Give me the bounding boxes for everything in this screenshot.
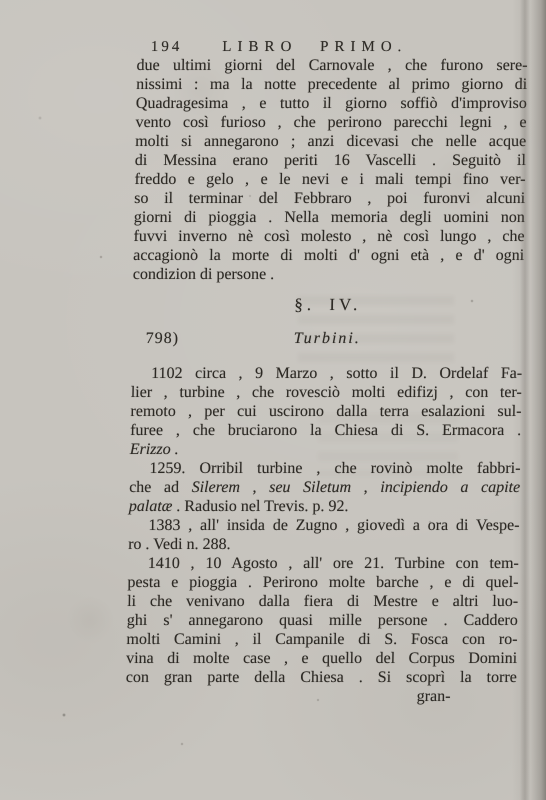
text-line: di Messina erano periti 16 Vascelli . Se… (135, 151, 526, 170)
italic-segment: incipiendo a capite (380, 479, 520, 496)
roman-segment: . Radusio nel Trevis. p. 92. (172, 498, 348, 515)
text-line: vina di molte case , e quello del Corpus… (126, 649, 517, 668)
text-line: Quadragesima , e tutto il giorno soffiò … (136, 94, 527, 113)
text-line: molti si annegarono ; anzi dicevasi che … (135, 132, 526, 151)
text-line: ghi s' annegarono quasi mille persone . … (127, 611, 518, 630)
page-number: 194 (151, 39, 183, 55)
roman-segment: , (240, 479, 270, 496)
book-page-scan: 194LIBRO PRIMO. due ultimi giorni del Ca… (0, 0, 546, 800)
text-line: lier , turbine , che rovesciò molti edif… (131, 383, 522, 402)
text-line: remoto , per cui uscirono dalla terra es… (130, 402, 521, 421)
paragraph-4: 1383 , all' insida de Zugno , giovedì a … (128, 516, 520, 554)
text-line: che ad Silerem , seu Siletum , incipiend… (129, 478, 520, 497)
section-mark: §. IV. (132, 295, 523, 315)
text-line: fuvvi inverno nè così molesto , nè così … (133, 227, 524, 246)
running-header: 194LIBRO PRIMO. (137, 38, 528, 56)
section-title: Turbini. (294, 330, 361, 347)
text-line: 1410 , 10 Agosto , all' ore 21. Turbine … (128, 554, 519, 573)
text-line: molti Camini , il Campanile di S. Fosca … (126, 630, 517, 649)
text-line: so il terminar del Febbraro , poi furonv… (134, 189, 525, 208)
text-line: li che venivano dalla fiera di Mestre e … (127, 592, 518, 611)
author-signature: Erizzo . (130, 440, 521, 459)
text-block: 194LIBRO PRIMO. due ultimi giorni del Ca… (125, 38, 528, 706)
text-line: freddo e gelo , e le nevi e i mali tempi… (134, 170, 525, 189)
roman-segment: , (351, 479, 381, 496)
roman-segment: che ad (129, 479, 192, 496)
italic-segment: palatæ (129, 498, 173, 515)
text-line: accagionò la morte di molti d' ogni età … (133, 246, 524, 265)
text-line: pesta e pioggia . Perirono molte barche … (127, 573, 518, 592)
italic-segment: Silerem (192, 479, 241, 496)
text-line: 1383 , all' insida de Zugno , giovedì a … (128, 516, 519, 535)
section-heading-row: 798) Turbini. (132, 329, 523, 348)
text-line: palatæ . Radusio nel Trevis. p. 92. (129, 497, 520, 516)
catchword-row: gran- (125, 687, 516, 706)
text-line: condizion di persone . (133, 265, 524, 284)
paragraph-1: due ultimi giorni del Carnovale , che fu… (133, 56, 528, 284)
catchword: gran- (417, 688, 451, 705)
text-line: ro . Vedi n. 288. (128, 535, 519, 554)
text-line: con gran parte della Chiesa . Si scoprì … (126, 668, 517, 687)
italic-segment: seu Siletum (269, 479, 351, 496)
paragraph-5: 1410 , 10 Agosto , all' ore 21. Turbine … (126, 554, 519, 687)
entry-number: 798) (146, 329, 180, 348)
paragraph-3: 1259. Orribil turbine , che rovinò molte… (129, 459, 521, 516)
text-line: nissimi : ma la notte precedente al prim… (136, 75, 527, 94)
running-title: LIBRO PRIMO. (222, 39, 407, 55)
text-line: due ultimi giorni del Carnovale , che fu… (136, 56, 527, 75)
text-line: vento così furioso , che perirono parecc… (135, 113, 526, 132)
text-line: 1102 circa , 9 Marzo , sotto il D. Ordel… (131, 364, 522, 383)
text-line: furee , che bruciarono la Chiesa di S. E… (130, 421, 521, 440)
text-line: giorni di pioggia . Nella memoria degli … (134, 208, 525, 227)
text-line: 1259. Orribil turbine , che rovinò molte… (129, 459, 520, 478)
paragraph-2: 1102 circa , 9 Marzo , sotto il D. Ordel… (130, 364, 523, 459)
